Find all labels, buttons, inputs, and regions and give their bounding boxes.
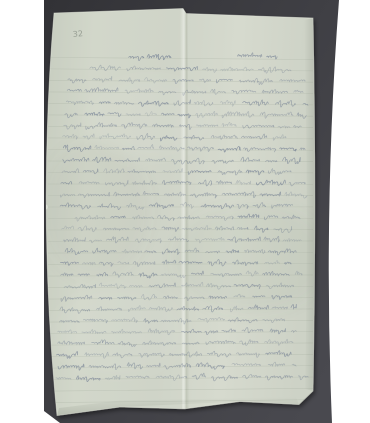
letter-paper: 32 — [40, 9, 330, 416]
letter-photograph: 32 — [0, 0, 370, 423]
page-background: 32 — [0, 0, 370, 423]
page-annotation: 32 — [72, 29, 83, 39]
